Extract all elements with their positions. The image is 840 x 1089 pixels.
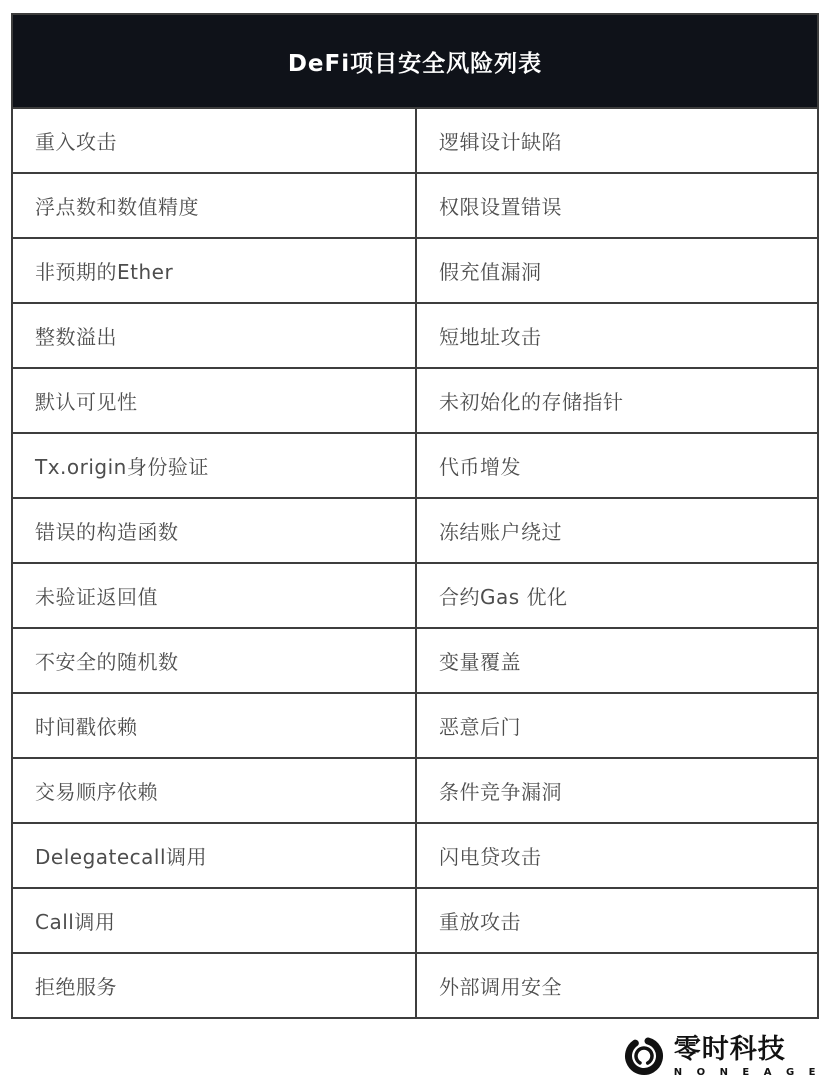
brand-logo: 零时科技 N O N E A G E [623,1035,821,1078]
risk-item-left: 交易顺序依赖 [13,759,415,822]
table-row: 不安全的随机数变量覆盖 [13,627,817,692]
risk-item-right: 条件竞争漏洞 [415,759,817,822]
risk-item-right: 代币增发 [415,434,817,497]
risk-item-right: 合约Gas 优化 [415,564,817,627]
table-row: 错误的构造函数冻结账户绕过 [13,497,817,562]
page: DeFi项目安全风险列表 重入攻击逻辑设计缺陷浮点数和数值精度权限设置错误非预期… [0,0,840,1089]
brand-name-cn: 零时科技 [674,1035,786,1065]
risk-table: DeFi项目安全风险列表 重入攻击逻辑设计缺陷浮点数和数值精度权限设置错误非预期… [11,13,819,1019]
table-row: Call调用重放攻击 [13,887,817,952]
risk-item-left: 时间戳依赖 [13,694,415,757]
risk-item-left: 不安全的随机数 [13,629,415,692]
risk-item-left: 浮点数和数值精度 [13,174,415,237]
table-row: 浮点数和数值精度权限设置错误 [13,172,817,237]
risk-item-left: 非预期的Ether [13,239,415,302]
risk-item-left: Delegatecall调用 [13,824,415,887]
risk-item-left: Call调用 [13,889,415,952]
table-row: 整数溢出短地址攻击 [13,302,817,367]
risk-item-left: Tx.origin身份验证 [13,434,415,497]
risk-item-left: 拒绝服务 [13,954,415,1017]
table-row: 时间戳依赖恶意后门 [13,692,817,757]
table-row: 拒绝服务外部调用安全 [13,952,817,1017]
risk-item-left: 错误的构造函数 [13,499,415,562]
brand-text: 零时科技 N O N E A G E [674,1035,821,1078]
table-title: DeFi项目安全风险列表 [13,15,817,107]
table-row: 交易顺序依赖条件竞争漏洞 [13,757,817,822]
risk-item-left: 默认可见性 [13,369,415,432]
risk-item-right: 恶意后门 [415,694,817,757]
brand-name-en: N O N E A G E [674,1067,821,1078]
risk-item-right: 短地址攻击 [415,304,817,367]
risk-item-right: 冻结账户绕过 [415,499,817,562]
table-body: 重入攻击逻辑设计缺陷浮点数和数值精度权限设置错误非预期的Ether假充值漏洞整数… [13,107,817,1017]
table-row: 未验证返回值合约Gas 优化 [13,562,817,627]
risk-item-right: 外部调用安全 [415,954,817,1017]
risk-item-right: 权限设置错误 [415,174,817,237]
risk-item-right: 重放攻击 [415,889,817,952]
table-row: Tx.origin身份验证代币增发 [13,432,817,497]
table-row: 默认可见性未初始化的存储指针 [13,367,817,432]
table-row: Delegatecall调用闪电贷攻击 [13,822,817,887]
risk-item-right: 逻辑设计缺陷 [415,109,817,172]
risk-item-right: 未初始化的存储指针 [415,369,817,432]
table-row: 重入攻击逻辑设计缺陷 [13,107,817,172]
risk-item-right: 假充值漏洞 [415,239,817,302]
risk-item-right: 变量覆盖 [415,629,817,692]
table-row: 非预期的Ether假充值漏洞 [13,237,817,302]
risk-item-right: 闪电贷攻击 [415,824,817,887]
risk-item-left: 重入攻击 [13,109,415,172]
swirl-ring-icon [623,1035,665,1077]
risk-item-left: 未验证返回值 [13,564,415,627]
risk-item-left: 整数溢出 [13,304,415,367]
